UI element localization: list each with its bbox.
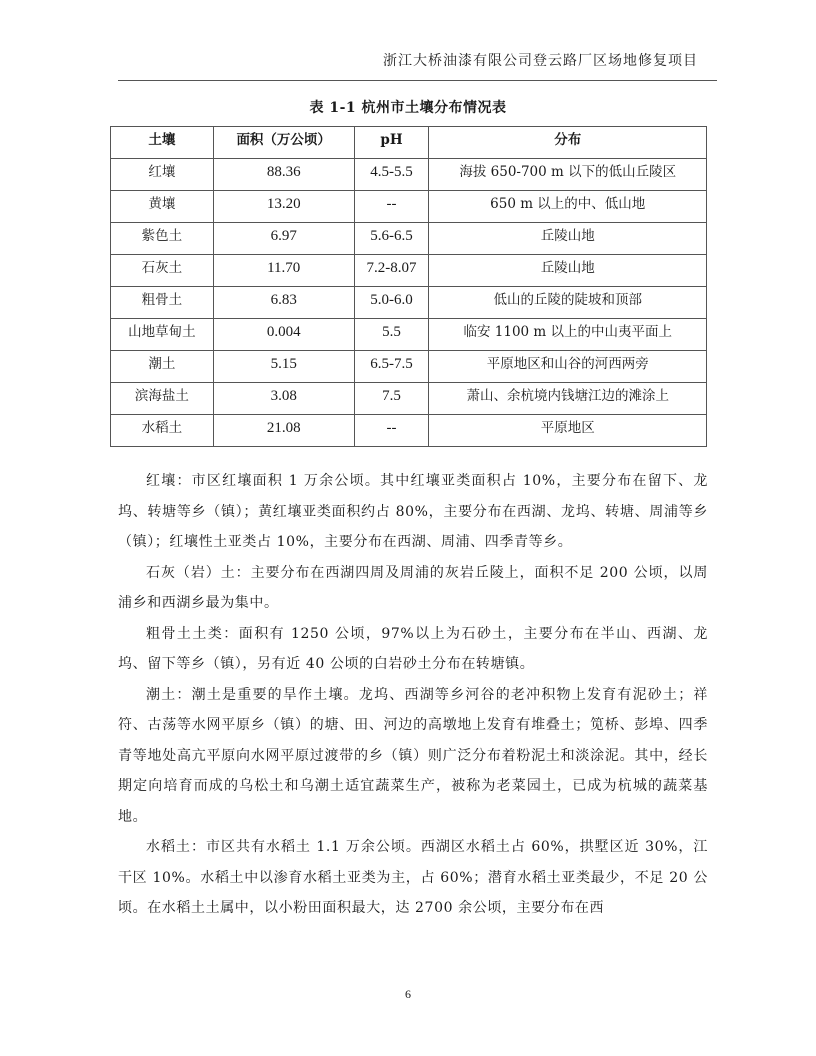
table-row: 紫色土 6.97 5.6-6.5 丘陵山地 bbox=[111, 223, 707, 255]
table-row: 黄壤 13.20 -- 650 m 以上的中、低山地 bbox=[111, 191, 707, 223]
cell-ph: 5.6-6.5 bbox=[354, 223, 429, 255]
cell-distribution: 临安 1100 m 以上的中山夷平面上 bbox=[429, 319, 707, 351]
table-caption: 表 1-1 杭州市土壤分布情况表 bbox=[0, 97, 816, 117]
cell-soil: 黄壤 bbox=[111, 191, 214, 223]
table-row: 粗骨土 6.83 5.0-6.0 低山的丘陵的陡坡和顶部 bbox=[111, 287, 707, 319]
table-row: 水稻土 21.08 -- 平原地区 bbox=[111, 415, 707, 447]
column-header-ph: pH bbox=[354, 127, 429, 159]
table-row: 石灰土 11.70 7.2-8.07 丘陵山地 bbox=[111, 255, 707, 287]
cell-soil: 红壤 bbox=[111, 159, 214, 191]
paragraph-limestone-soil: 石灰（岩）土：主要分布在西湖四周及周浦的灰岩丘陵上，面积不足 200 公顷，以周… bbox=[118, 558, 708, 619]
cell-distribution: 丘陵山地 bbox=[429, 255, 707, 287]
cell-area: 3.08 bbox=[213, 383, 354, 415]
cell-ph: 6.5-7.5 bbox=[354, 351, 429, 383]
column-header-distribution: 分布 bbox=[429, 127, 707, 159]
cell-area: 13.20 bbox=[213, 191, 354, 223]
cell-area: 88.36 bbox=[213, 159, 354, 191]
cell-ph: 7.5 bbox=[354, 383, 429, 415]
cell-area: 0.004 bbox=[213, 319, 354, 351]
paragraph-skeletal-soil: 粗骨土土类：面积有 1250 公顷，97%以上为石砂土，主要分布在半山、西湖、龙… bbox=[118, 619, 708, 680]
cell-distribution: 平原地区和山谷的河西两旁 bbox=[429, 351, 707, 383]
paragraph-paddy-soil: 水稻土：市区共有水稻土 1.1 万余公顷。西湖区水稻土占 60%，拱墅区近 30… bbox=[118, 832, 708, 924]
cell-distribution: 萧山、余杭境内钱塘江边的滩涂上 bbox=[429, 383, 707, 415]
cell-ph: 7.2-8.07 bbox=[354, 255, 429, 287]
table-row: 红壤 88.36 4.5-5.5 海拔 650-700 m 以下的低山丘陵区 bbox=[111, 159, 707, 191]
table-header-row: 土壤 面积（万公顷） pH 分布 bbox=[111, 127, 707, 159]
column-header-soil: 土壤 bbox=[111, 127, 214, 159]
running-header-title: 浙江大桥油漆有限公司登云路厂区场地修复项目 bbox=[383, 50, 698, 70]
cell-area: 21.08 bbox=[213, 415, 354, 447]
cell-distribution: 低山的丘陵的陡坡和顶部 bbox=[429, 287, 707, 319]
body-text: 红壤：市区红壤面积 1 万余公顷。其中红壤亚类面积占 10%，主要分布在留下、龙… bbox=[118, 466, 708, 924]
cell-ph: 5.0-6.0 bbox=[354, 287, 429, 319]
table-row: 滨海盐土 3.08 7.5 萧山、余杭境内钱塘江边的滩涂上 bbox=[111, 383, 707, 415]
cell-soil: 粗骨土 bbox=[111, 287, 214, 319]
soil-distribution-table: 土壤 面积（万公顷） pH 分布 红壤 88.36 4.5-5.5 海拔 650… bbox=[110, 126, 707, 447]
cell-ph: -- bbox=[354, 415, 429, 447]
cell-soil: 滨海盐土 bbox=[111, 383, 214, 415]
cell-area: 6.83 bbox=[213, 287, 354, 319]
column-header-area: 面积（万公顷） bbox=[213, 127, 354, 159]
cell-distribution: 丘陵山地 bbox=[429, 223, 707, 255]
cell-ph: -- bbox=[354, 191, 429, 223]
cell-area: 5.15 bbox=[213, 351, 354, 383]
header-divider bbox=[118, 80, 717, 81]
cell-area: 6.97 bbox=[213, 223, 354, 255]
cell-area: 11.70 bbox=[213, 255, 354, 287]
table-row: 潮土 5.15 6.5-7.5 平原地区和山谷的河西两旁 bbox=[111, 351, 707, 383]
cell-distribution: 650 m 以上的中、低山地 bbox=[429, 191, 707, 223]
cell-distribution: 平原地区 bbox=[429, 415, 707, 447]
cell-soil: 山地草甸土 bbox=[111, 319, 214, 351]
page-number: 6 bbox=[0, 987, 816, 1002]
cell-distribution: 海拔 650-700 m 以下的低山丘陵区 bbox=[429, 159, 707, 191]
table-row: 山地草甸土 0.004 5.5 临安 1100 m 以上的中山夷平面上 bbox=[111, 319, 707, 351]
paragraph-fluvo-aquic-soil: 潮土：潮土是重要的旱作土壤。龙坞、西湖等乡河谷的老冲积物上发育有泥砂土；祥符、古… bbox=[118, 680, 708, 833]
paragraph-red-soil: 红壤：市区红壤面积 1 万余公顷。其中红壤亚类面积占 10%，主要分布在留下、龙… bbox=[118, 466, 708, 558]
cell-soil: 水稻土 bbox=[111, 415, 214, 447]
cell-soil: 紫色土 bbox=[111, 223, 214, 255]
cell-soil: 潮土 bbox=[111, 351, 214, 383]
cell-ph: 4.5-5.5 bbox=[354, 159, 429, 191]
cell-ph: 5.5 bbox=[354, 319, 429, 351]
cell-soil: 石灰土 bbox=[111, 255, 214, 287]
